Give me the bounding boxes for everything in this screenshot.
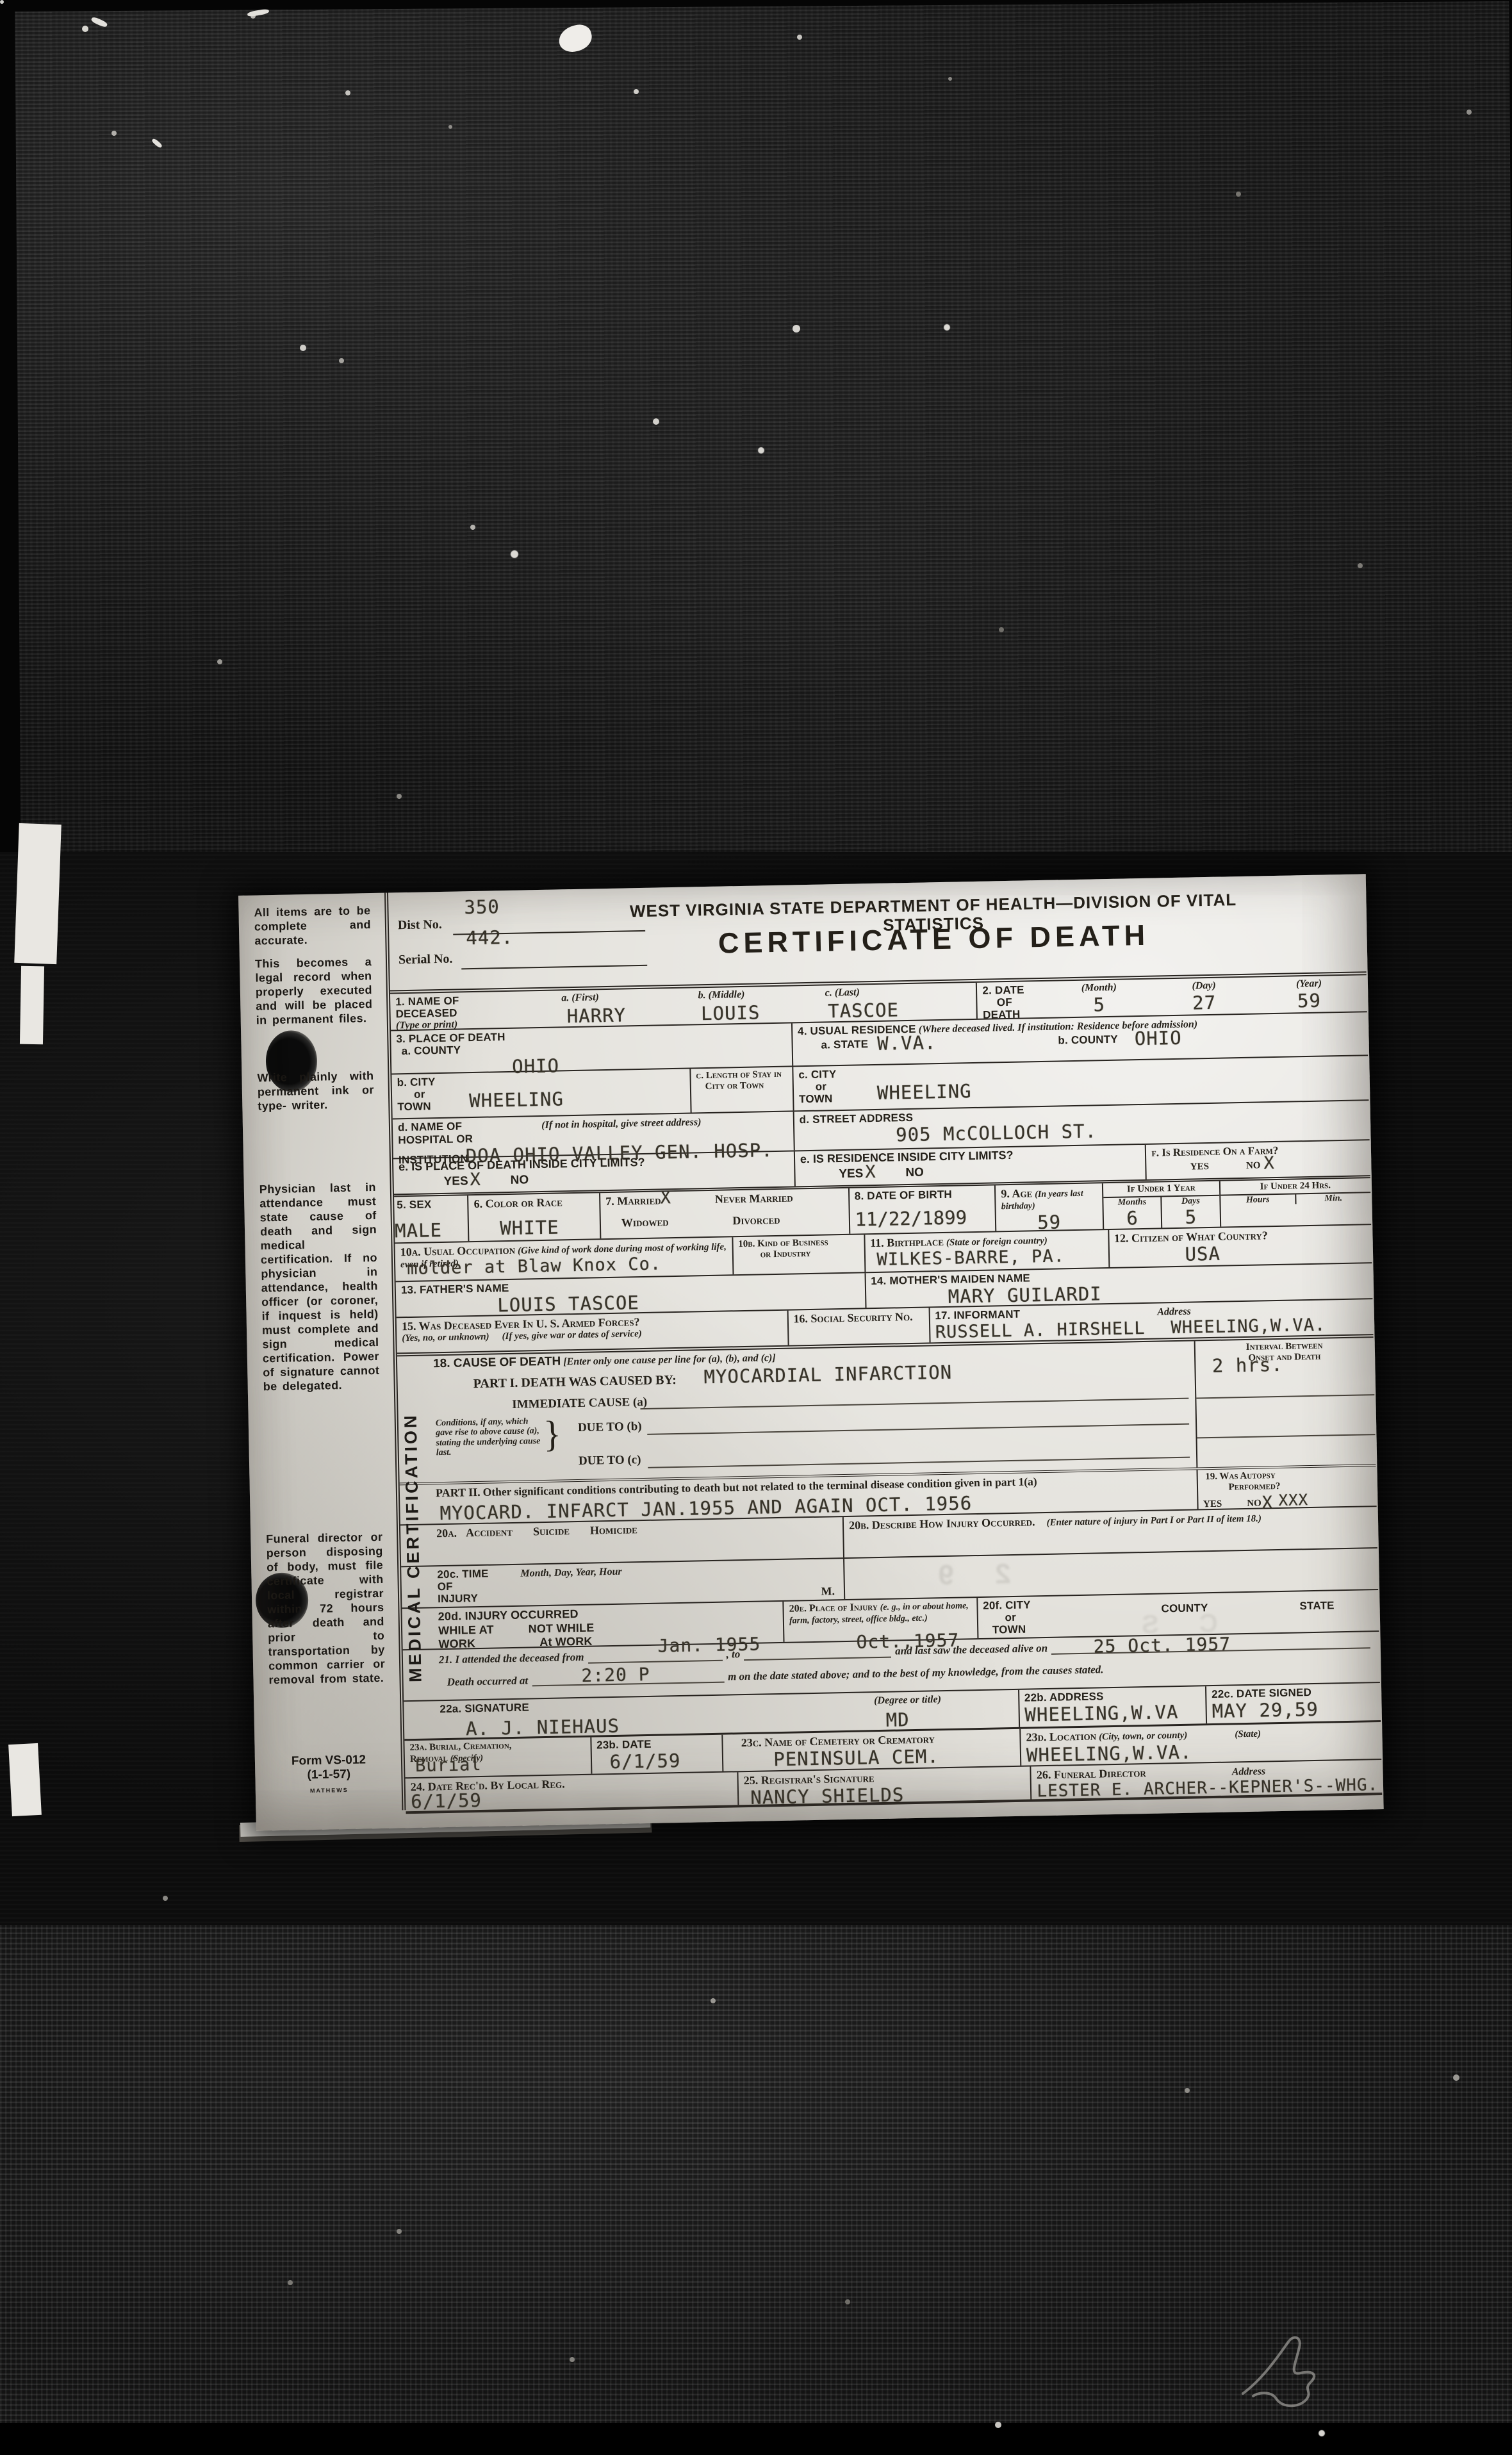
field-death-city: b. CITY or TOWN WHEELING	[391, 1069, 690, 1119]
form-number-line2: (1-1-57)	[307, 1768, 350, 1782]
checkbox-suicide	[572, 1543, 584, 1554]
ghost-stamp: C S	[1125, 1609, 1219, 1640]
serial-no-line	[461, 965, 647, 970]
field-color-or-race: 6. Color or Race WHITE	[467, 1193, 600, 1241]
field-signer-address: 22b. ADDRESS WHEELING,W.VA	[1018, 1686, 1206, 1727]
field-cause-of-death: 18. CAUSE OF DEATH [Enter only one cause…	[428, 1342, 1196, 1482]
birthplace-value: WILKES-BARRE, PA.	[876, 1245, 1103, 1270]
checkbox-farm-yes	[1215, 1160, 1227, 1171]
occupation-value: molder at Blaw Knox Co.	[407, 1254, 661, 1279]
attended-from-value: Jan. 1955	[657, 1634, 760, 1657]
field-date-received: 24. Date Rec'd. By Local Reg. 6/1/59	[406, 1772, 738, 1811]
field-last-name: c. (Last) TASCOE	[819, 983, 976, 1022]
death-day-value: 27	[1151, 990, 1256, 1014]
cause-b-line	[647, 1424, 1188, 1435]
field-first-name: a. (First) HARRY	[556, 988, 693, 1026]
field-date-of-death: 2. DATE OF DEATH (Month) 5 (Day) 27 (Yea…	[976, 975, 1367, 1019]
cemetery-value: PENINSULA CEM.	[773, 1744, 1015, 1770]
checkbox-death-limits-yes: X	[474, 1175, 486, 1186]
form-header: Dist No. 350 Serial No. 442. WEST VIRGIN…	[388, 874, 1367, 990]
checkbox-autopsy-yes	[1227, 1499, 1237, 1509]
form-number-line1: Form VS-012	[292, 1753, 366, 1768]
film-edge-strip	[20, 966, 44, 1045]
citizen-value: USA	[1185, 1240, 1367, 1265]
attended-to-value: Oct.,1957	[856, 1630, 959, 1653]
field-marital-status: 7. Married X Never Married Widowed Divor…	[599, 1188, 849, 1238]
instructions-sidebar: All items are to be complete and accurat…	[238, 893, 402, 1831]
checkbox-residence-limits-no	[932, 1167, 943, 1178]
field-if-under-1-year: If Under 1 Year Months 6 Days 5	[1102, 1181, 1220, 1229]
field-citizen-of: 12. Citizen of What Country? USA	[1108, 1225, 1372, 1267]
death-city-value: WHEELING	[469, 1088, 564, 1112]
checkbox-widowed	[669, 1215, 680, 1227]
checkbox-homicide	[662, 1541, 673, 1552]
row-cause-of-death: 18. CAUSE OF DEATH [Enter only one cause…	[397, 1338, 1376, 1482]
interval-line	[1196, 1394, 1374, 1399]
checkbox-autopsy-no: X	[1267, 1498, 1276, 1508]
checkbox-divorced	[832, 1212, 843, 1224]
age-days-value: 5	[1162, 1206, 1220, 1229]
field-autopsy: 19. Was Autopsy Performed? YES NO X XXX	[1196, 1466, 1377, 1509]
field-kind-of-business: 10b. Kind of Business or Industry	[732, 1235, 864, 1274]
field-residence-on-farm: f. Is Residence On a Farm? YES NO X	[1145, 1140, 1370, 1179]
field-name-of-deceased-label: 1. NAME OF DECEASED (Type or print)	[390, 991, 557, 1030]
field-cemetery: 23c. Name of Cemetery or Crematory PENIN…	[722, 1729, 1021, 1771]
date-signed-value: MAY 29,59	[1212, 1697, 1376, 1722]
field-burial-type: 23a. Burial, Cremation, Removal (Specify…	[404, 1737, 591, 1778]
field-registrar-signature: 25. Registrar's Signature NANCY SHIELDS	[737, 1767, 1031, 1805]
dist-no-label: Dist No.	[398, 917, 442, 933]
form-printer: MATHEWS	[271, 1782, 388, 1798]
signer-address-value: WHEELING,W.VA	[1024, 1700, 1201, 1725]
conditions-note: Conditions, if any, which gave rise to a…	[436, 1416, 544, 1458]
first-name-value: HARRY	[566, 1003, 688, 1027]
date-of-birth-value: 11/22/1899	[855, 1206, 990, 1231]
field-hospital: d. NAME OF (If not in hospital, give str…	[393, 1112, 794, 1158]
age-months-value: 6	[1103, 1206, 1161, 1229]
cause-c-line	[648, 1457, 1189, 1468]
sidebar-note: Write plainly with permanent ink or type…	[257, 1069, 374, 1113]
field-injury-state: STATE	[1255, 1590, 1379, 1633]
dust-specks	[0, 0, 4, 4]
degree-value: MD	[885, 1709, 910, 1731]
field-accident-suicide-homicide: 20a. Accident Suicide Homicide	[431, 1517, 843, 1565]
sidebar-note: Funeral director or person disposing of …	[266, 1530, 386, 1687]
film-edge-strip	[14, 823, 62, 964]
ghost-stamp: 2 9	[921, 1558, 1011, 1592]
residence-city-value: WHEELING	[877, 1080, 972, 1104]
registrar-signature-value: NANCY SHIELDS	[750, 1782, 1026, 1809]
checkbox-residence-limits-yes: X	[869, 1168, 881, 1179]
informant-address-value: WHEELING,W.VA.	[1171, 1315, 1326, 1338]
field-burial-location: 23d. Location (City, town, or county) (S…	[1019, 1722, 1381, 1766]
field-place-of-death-county: 3. PLACE OF DEATH a. COUNTY OHIO	[391, 1023, 792, 1073]
last-name-value: TASCOE	[828, 998, 971, 1022]
interval-value: 2 hrs.	[1212, 1354, 1283, 1377]
race-value: WHITE	[500, 1216, 595, 1240]
field-date-of-birth: 8. DATE OF BIRTH 11/22/1899	[848, 1185, 996, 1233]
autopsy-strike-marks: XXX	[1278, 1491, 1308, 1509]
immediate-cause-value: MYOCARDIAL INFARCTION	[703, 1361, 952, 1388]
interval-line	[1197, 1434, 1375, 1438]
film-texture-top	[15, 1, 1512, 870]
sex-value: MALE	[395, 1219, 463, 1242]
field-birthplace: 11. Birthplace (State or foreign country…	[864, 1230, 1108, 1272]
field-interval-onset-death: Interval Between Onset and Death 2 hrs.	[1194, 1338, 1376, 1467]
film-edge-strip	[8, 1743, 42, 1816]
middle-name-value: LOUIS	[701, 1000, 816, 1024]
burial-type-value: Burial	[415, 1755, 482, 1776]
microfilm-frame: / All items are to be complete and accur…	[0, 0, 1512, 2455]
death-certificate-sheet: All items are to be complete and accurat…	[238, 874, 1384, 1831]
death-month-value: 5	[1047, 992, 1152, 1016]
field-funeral-director: 26. Funeral Director Address LESTER E. A…	[1030, 1760, 1383, 1800]
cause-a-line	[640, 1398, 1188, 1409]
checkbox-accident	[488, 1544, 500, 1556]
field-injury-city: 20f. CITY or TOWN	[976, 1595, 1114, 1638]
film-scratch-scribble	[1204, 2332, 1358, 2434]
certificate-form: Dist No. 350 Serial No. 442. WEST VIRGIN…	[384, 874, 1382, 1810]
medical-certification-block: MEDICAL CERTIFICATION 18. CAUSE OF DEATH…	[397, 1334, 1381, 1739]
brace: }	[543, 1412, 562, 1456]
sidebar-note: All items are to be complete and accurat…	[254, 903, 371, 948]
field-sex: 5. SEX MALE	[394, 1195, 468, 1242]
sidebar-note: This becomes a legal record when properl…	[255, 955, 373, 1027]
serial-no-value: 442.	[466, 926, 513, 949]
field-middle-name: b. (Middle) LOUIS	[693, 986, 820, 1024]
field-usual-occupation: 10a. Usual Occupation (Give kind of work…	[395, 1237, 732, 1281]
field-residence-inside-limits: e. IS RESIDENCE INSIDE CITY LIMITS? YES …	[794, 1145, 1146, 1186]
death-year-value: 59	[1256, 989, 1361, 1012]
field-burial-date: 23b. DATE 6/1/59	[590, 1735, 723, 1774]
burial-date-value: 6/1/59	[609, 1749, 717, 1773]
field-length-of-stay: c. Length of Stay in City or Town	[689, 1067, 793, 1112]
checkbox-death-limits-no	[536, 1174, 548, 1186]
field-time-of-injury: 20c. TIME OF INJURY Month, Day, Year, Ho…	[432, 1559, 844, 1607]
checkbox-farm-no: X	[1268, 1159, 1279, 1170]
residence-county-value: OHIO	[1134, 1027, 1181, 1049]
form-number: Form VS-012 (1-1-57) MATHEWS	[270, 1753, 388, 1798]
checkbox-while-at-work	[504, 1624, 516, 1636]
field-age: 9. Age (In years last birthday) 59	[994, 1183, 1103, 1231]
sidebar-note: Physician last in attendance must state …	[259, 1180, 380, 1393]
checkbox-never-married	[832, 1190, 843, 1202]
checkbox-not-while-at-work	[604, 1622, 616, 1634]
field-date-signed: 22c. DATE SIGNED MAY 29,59	[1205, 1683, 1381, 1723]
death-time-value: 2:20 P	[581, 1664, 650, 1686]
field-if-under-24-hrs: If Under 24 Hrs. Hours Min.	[1219, 1178, 1372, 1227]
dist-no-value: 350	[464, 896, 500, 918]
checkbox-married: X	[665, 1194, 677, 1205]
field-social-security: 16. Social Security No.	[787, 1308, 929, 1345]
residence-state-value: W.VA.	[877, 1031, 937, 1055]
serial-no-label: Serial No.	[399, 952, 453, 968]
